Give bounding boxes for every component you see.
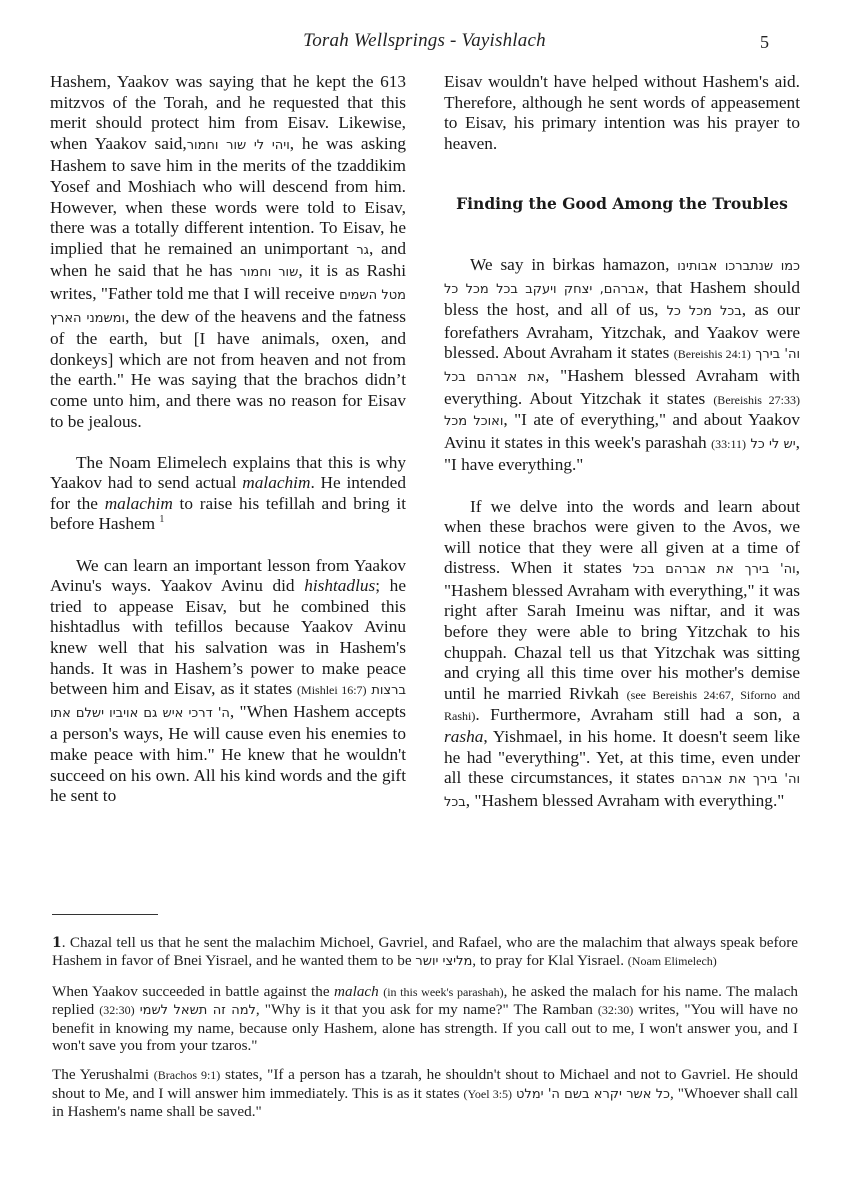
paragraph: If we delve into the words and learn abo… [444,497,800,814]
text-run: , "Hashem blessed Avraham with everythin… [466,791,785,810]
hebrew-quote: למה זה תשאל לשמי [140,1003,256,1018]
source-reference: (33:11) [711,437,746,451]
text-run: , to pray for Klal Yisrael. [472,952,628,969]
source-reference: (in this week's parashah) [383,985,503,999]
source-reference: (32:30) [99,1003,134,1017]
running-header: Torah Wellsprings - Vayishlach 5 [0,30,849,60]
paragraph: Hashem, Yaakov was saying that he kept t… [50,72,406,432]
right-column: Eisav wouldn't have helped without Hashe… [444,72,800,813]
paragraph: The Noam Elimelech explains that this is… [50,453,406,535]
footnote-paragraph: 1. Chazal tell us that he sent the malac… [52,934,798,971]
text-run: Eisav wouldn't have helped without Hashe… [444,72,800,153]
hebrew-quote: שור וחמור [240,265,299,280]
hebrew-quote: בכל מכל כל [667,304,742,319]
paragraph: Eisav wouldn't have helped without Hashe… [444,72,800,154]
header-title: Torah Wellsprings - Vayishlach [0,30,849,52]
text-run: When Yaakov succeeded in battle against … [52,983,334,1000]
source-reference: (Noam Elimelech) [628,954,717,968]
hebrew-quote: מליצי יושר [415,954,472,969]
hebrew-quote: ויהי לי שור וחמור [187,138,290,153]
source-reference: (Yoel 3:5) [463,1087,512,1101]
hebrew-quote: וה' בירך את אברהם בכל [633,562,796,577]
paragraph: We can learn an important lesson from Ya… [50,556,406,807]
paragraph: We say in birkas hamazon, כמו שנתברכו אב… [444,255,800,476]
text-run: . Furthermore, Avraham still had a son, … [475,705,800,724]
footnotes: 1. Chazal tell us that he sent the malac… [52,934,798,1133]
italic-term: rasha [444,727,483,746]
hebrew-quote: גר [356,243,369,258]
source-reference: (Brachos 9:1) [154,1068,221,1082]
section-heading: Finding the Good Among the Troubles [444,194,800,215]
hebrew-quote: ואוכל מכל [444,414,503,429]
hebrew-quote: כל אשר יקרא בשם ה' ימלט [516,1087,670,1102]
source-reference: (Bereishis 24:1) [674,347,751,361]
text-run: , "Why is it that you ask for my name?" … [256,1001,598,1018]
left-column: Hashem, Yaakov was saying that he kept t… [50,72,406,807]
italic-term: malach [334,983,379,1000]
text-run: , "Hashem blessed Avraham with everythin… [444,558,800,703]
footnote-separator [52,914,158,915]
hebrew-quote: יש לי כל [750,437,795,452]
italic-term: hishtadlus [304,576,375,595]
footnote-number: 1 [52,935,62,951]
footnote-paragraph: When Yaakov succeeded in battle against … [52,983,798,1055]
text-run: We say in birkas hamazon, [470,255,677,274]
text-run: The Yerushalmi [52,1066,154,1083]
page-number: 5 [760,32,769,53]
footnote-paragraph: The Yerushalmi (Brachos 9:1) states, "If… [52,1066,798,1120]
source-reference: (Mishlei 16:7) [297,683,366,697]
source-reference: (Bereishis 27:33) [713,393,800,407]
italic-term: malachim [242,473,310,492]
italic-term: malachim [105,494,173,513]
footnote-marker: 1 [159,515,164,526]
source-reference: (32:30) [598,1003,633,1017]
